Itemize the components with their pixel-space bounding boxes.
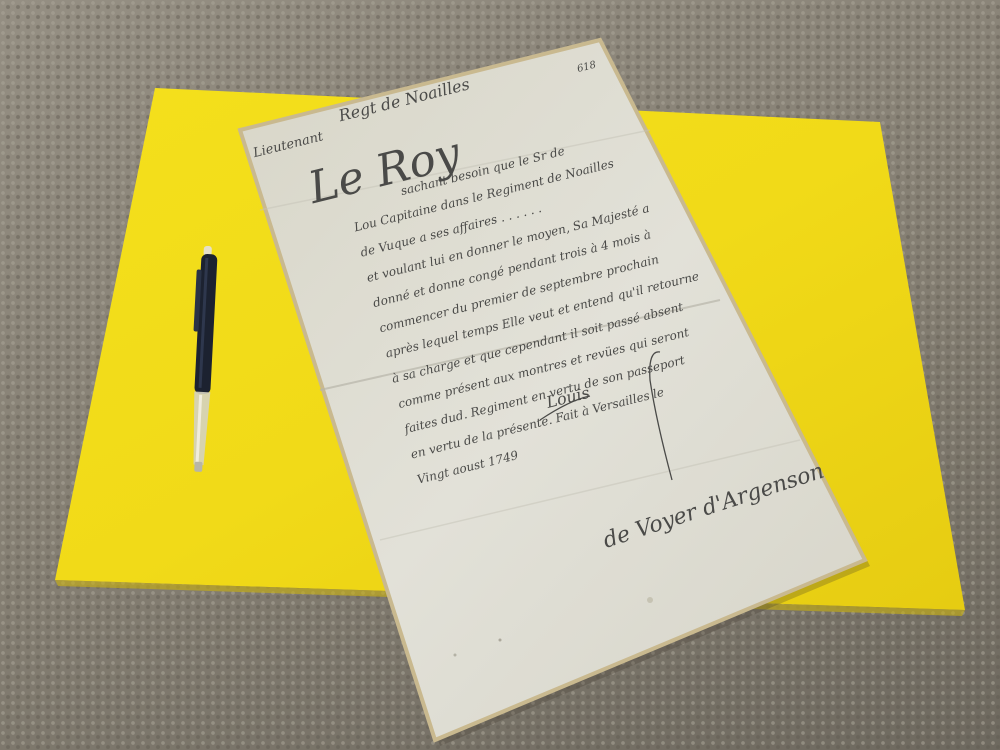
- manuscript-document: 618 Lieutenant Regt de Noailles Le Roy s…: [0, 0, 1000, 750]
- photo-scene: 618 Lieutenant Regt de Noailles Le Roy s…: [0, 0, 1000, 750]
